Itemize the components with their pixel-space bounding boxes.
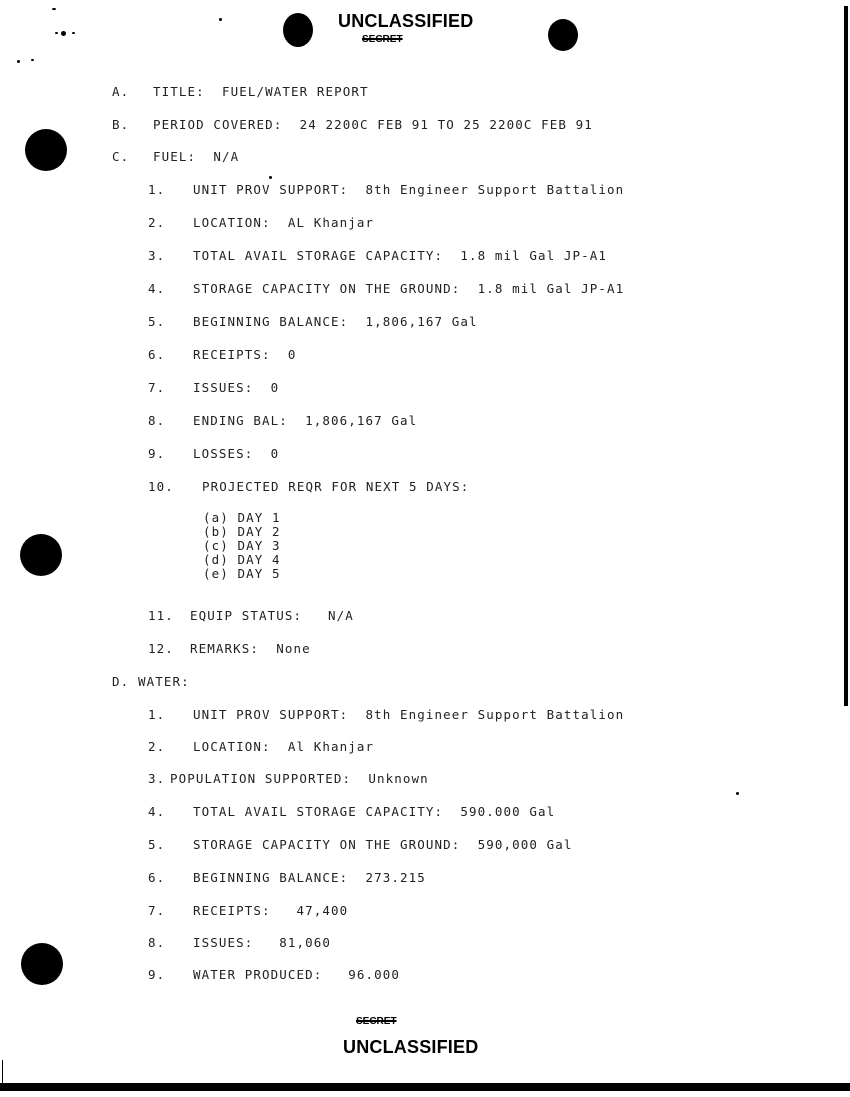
water-beginning-balance: BEGINNING BALANCE: 273.215 (193, 870, 426, 885)
water-item-num: 9. (148, 967, 165, 982)
scan-speck (269, 176, 272, 179)
scan-speck (736, 792, 739, 795)
projected-day-4: (d) DAY 4 (203, 552, 281, 567)
fuel-remarks: REMARKS: None (190, 641, 311, 656)
fuel-item-num: 3. (148, 248, 165, 263)
fuel-issues: ISSUES: 0 (193, 380, 279, 395)
fuel-item-num: 4. (148, 281, 165, 296)
water-location: LOCATION: Al Khanjar (193, 739, 374, 754)
fuel-item-num: 1. (148, 182, 165, 197)
punch-hole-top-left (283, 13, 313, 47)
projected-day-2: (b) DAY 2 (203, 524, 281, 539)
footer-classification: UNCLASSIFIED (343, 1037, 478, 1058)
page-edge-left (2, 1060, 3, 1084)
page-edge-bottom (0, 1083, 850, 1091)
water-heading: WATER: (138, 674, 190, 689)
water-storage-on-ground: STORAGE CAPACITY ON THE GROUND: 590,000 … (193, 837, 573, 852)
punch-hole-left-3 (21, 943, 63, 985)
fuel-item-num: 9. (148, 446, 165, 461)
section-d-label: D. (112, 674, 129, 689)
water-produced: WATER PRODUCED: 96.000 (193, 967, 400, 982)
fuel-projected-reqr: PROJECTED REQR FOR NEXT 5 DAYS: (202, 479, 469, 494)
water-receipts: RECEIPTS: 47,400 (193, 903, 348, 918)
document-page: UNCLASSIFIED SECRET A. TITLE: FUEL/WATER… (0, 0, 850, 1097)
projected-day-3: (c) DAY 3 (203, 538, 281, 553)
fuel-item-num: 12. (148, 641, 174, 656)
scan-speck (31, 59, 34, 61)
header-struck-classification: SECRET (362, 34, 403, 45)
scan-speck (72, 32, 75, 34)
punch-hole-top-right (548, 19, 578, 51)
water-item-num: 5. (148, 837, 165, 852)
water-issues: ISSUES: 81,060 (193, 935, 331, 950)
scan-speck (52, 8, 56, 10)
water-total-storage: TOTAL AVAIL STORAGE CAPACITY: 590.000 Ga… (193, 804, 555, 819)
scan-speck (17, 60, 20, 63)
fuel-storage-on-ground: STORAGE CAPACITY ON THE GROUND: 1.8 mil … (193, 281, 624, 296)
fuel-item-num: 5. (148, 314, 165, 329)
header-classification: UNCLASSIFIED (338, 11, 473, 32)
scan-speck (55, 32, 58, 34)
water-item-num: 1. (148, 707, 165, 722)
section-a-label: A. (112, 84, 129, 99)
fuel-heading: FUEL: N/A (153, 149, 239, 164)
page-edge-right (844, 6, 848, 706)
punch-hole-left-2 (20, 534, 62, 576)
section-c-label: C. (112, 149, 129, 164)
fuel-beginning-balance: BEGINNING BALANCE: 1,806,167 Gal (193, 314, 478, 329)
fuel-location: LOCATION: AL Khanjar (193, 215, 374, 230)
scan-speck (61, 31, 66, 36)
fuel-item-num: 10. (148, 479, 174, 494)
water-item-num: 8. (148, 935, 165, 950)
water-population-supported: POPULATION SUPPORTED: Unknown (170, 771, 429, 786)
period-covered: PERIOD COVERED: 24 2200C FEB 91 TO 25 22… (153, 117, 593, 132)
fuel-item-num: 2. (148, 215, 165, 230)
projected-day-1: (a) DAY 1 (203, 510, 281, 525)
projected-day-5: (e) DAY 5 (203, 566, 281, 581)
report-title: TITLE: FUEL/WATER REPORT (153, 84, 369, 99)
scan-speck (219, 18, 222, 21)
fuel-total-storage: TOTAL AVAIL STORAGE CAPACITY: 1.8 mil Ga… (193, 248, 607, 263)
water-item-num: 3. (148, 771, 165, 786)
water-item-num: 6. (148, 870, 165, 885)
water-item-num: 7. (148, 903, 165, 918)
fuel-item-num: 7. (148, 380, 165, 395)
punch-hole-left-1 (25, 129, 67, 171)
fuel-receipts: RECEIPTS: 0 (193, 347, 297, 362)
section-b-label: B. (112, 117, 129, 132)
water-item-num: 4. (148, 804, 165, 819)
fuel-item-num: 8. (148, 413, 165, 428)
fuel-losses: LOSSES: 0 (193, 446, 279, 461)
water-item-num: 2. (148, 739, 165, 754)
fuel-item-num: 6. (148, 347, 165, 362)
fuel-unit-prov-support: UNIT PROV SUPPORT: 8th Engineer Support … (193, 182, 624, 197)
water-unit-prov-support: UNIT PROV SUPPORT: 8th Engineer Support … (193, 707, 624, 722)
fuel-item-num: 11. (148, 608, 174, 623)
fuel-ending-balance: ENDING BAL: 1,806,167 Gal (193, 413, 417, 428)
fuel-equip-status: EQUIP STATUS: N/A (190, 608, 354, 623)
footer-struck-classification: SECRET (356, 1016, 397, 1027)
